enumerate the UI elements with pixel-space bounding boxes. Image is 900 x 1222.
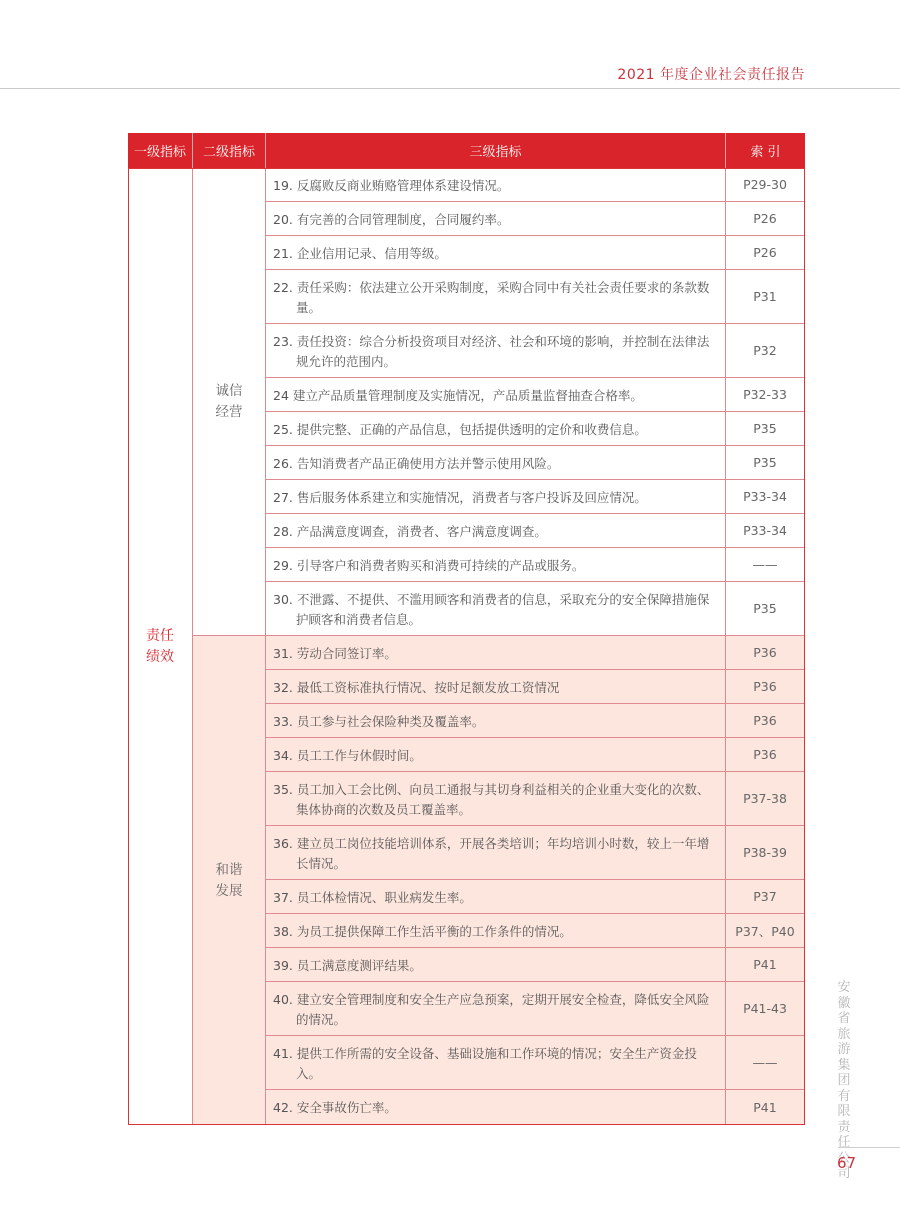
footer-divider bbox=[838, 1147, 900, 1148]
table-row-indicator: 35. 员工加入工会比例、向员工通报与其切身利益相关的企业重大变化的次数、集体协… bbox=[266, 772, 726, 826]
indicator-number: 30. bbox=[273, 592, 293, 607]
indicator-number: 22. bbox=[273, 280, 293, 295]
indicator-number: 28. bbox=[273, 524, 293, 539]
table-row-indicator: 20. 有完善的合同管理制度，合同履约率。 bbox=[266, 202, 726, 236]
indicator-text: 员工满意度测评结果。 bbox=[297, 958, 422, 973]
indicator-number: 29. bbox=[273, 558, 293, 573]
table-row-index: P37 bbox=[726, 880, 805, 914]
indicator-number: 24 bbox=[273, 388, 289, 403]
table-row-index: P41-43 bbox=[726, 982, 805, 1036]
header-divider bbox=[0, 88, 900, 89]
table-row-index: P36 bbox=[726, 636, 805, 670]
indicator-number: 40. bbox=[273, 992, 293, 1007]
table-row-indicator: 30. 不泄露、不提供、不滥用顾客和消费者的信息，采取充分的安全保障措施保护顾客… bbox=[266, 582, 726, 636]
indicator-number: 37. bbox=[273, 890, 293, 905]
table-row-indicator: 36. 建立员工岗位技能培训体系，开展各类培训；年均培训小时数，较上一年增长情况… bbox=[266, 826, 726, 880]
indicator-number: 31. bbox=[273, 646, 293, 661]
indicator-number: 36. bbox=[273, 836, 293, 851]
indicator-number: 41. bbox=[273, 1046, 293, 1061]
table-row-indicator: 21. 企业信用记录、信用等级。 bbox=[266, 236, 726, 270]
report-title: 2021 年度企业社会责任报告 bbox=[617, 64, 805, 84]
table-row-indicator: 41. 提供工作所需的安全设备、基础设施和工作环境的情况；安全生产资金投入。 bbox=[266, 1036, 726, 1090]
table-row-index: P33-34 bbox=[726, 514, 805, 548]
indicator-text: 建立产品质量管理制度及实施情况，产品质量监督抽查合格率。 bbox=[293, 388, 643, 403]
indicator-text: 员工参与社会保险种类及覆盖率。 bbox=[297, 714, 485, 729]
table-row-indicator: 28. 产品满意度调查，消费者、客户满意度调查。 bbox=[266, 514, 726, 548]
indicator-text: 为员工提供保障工作生活平衡的工作条件的情况。 bbox=[297, 924, 572, 939]
table-row-index: P31 bbox=[726, 270, 805, 324]
level2-label: 和谐发展 bbox=[214, 860, 244, 902]
level1-label: 责任绩效 bbox=[145, 626, 175, 668]
indicator-text: 安全事故伤亡率。 bbox=[297, 1100, 397, 1115]
indicator-number: 19. bbox=[273, 178, 293, 193]
table-row-indicator: 31. 劳动合同签订率。 bbox=[266, 636, 726, 670]
indicator-text: 员工体检情况、职业病发生率。 bbox=[297, 890, 472, 905]
table-row-index: P36 bbox=[726, 738, 805, 772]
indicator-text: 建立安全管理制度和安全生产应急预案，定期开展安全检查，降低安全风险的情况。 bbox=[296, 992, 709, 1027]
indicator-text: 提供完整、正确的产品信息，包括提供透明的定价和收费信息。 bbox=[297, 422, 647, 437]
indicator-number: 26. bbox=[273, 456, 293, 471]
table-row-indicator: 22. 责任采购：依法建立公开采购制度，采购合同中有关社会责任要求的条款数量。 bbox=[266, 270, 726, 324]
indicator-text: 员工工作与休假时间。 bbox=[297, 748, 422, 763]
indicator-text: 最低工资标准执行情况、按时足额发放工资情况 bbox=[297, 680, 560, 695]
level2-cell-integrity: 诚信经营 bbox=[193, 168, 266, 636]
table-row-index: P37-38 bbox=[726, 772, 805, 826]
indicator-text: 反腐败反商业贿赂管理体系建设情况。 bbox=[297, 178, 510, 193]
table-row-index: —— bbox=[726, 548, 805, 582]
table-row-indicator: 39. 员工满意度测评结果。 bbox=[266, 948, 726, 982]
indicator-text: 产品满意度调查，消费者、客户满意度调查。 bbox=[297, 524, 547, 539]
table-row-indicator: 34. 员工工作与休假时间。 bbox=[266, 738, 726, 772]
indicator-text: 有完善的合同管理制度，合同履约率。 bbox=[297, 212, 510, 227]
indicator-number: 42. bbox=[273, 1100, 293, 1115]
level1-cell: 责任绩效 bbox=[128, 168, 193, 1125]
indicator-number: 39. bbox=[273, 958, 293, 973]
table-row-index: P35 bbox=[726, 446, 805, 480]
indicator-text: 责任投资：综合分析投资项目对经济、社会和环境的影响，并控制在法律法规允许的范围内… bbox=[296, 334, 709, 369]
table-row-index: P32 bbox=[726, 324, 805, 378]
table-row-index: P35 bbox=[726, 582, 805, 636]
table-row-indicator: 25. 提供完整、正确的产品信息，包括提供透明的定价和收费信息。 bbox=[266, 412, 726, 446]
table-row-index: P37、P40 bbox=[726, 914, 805, 948]
table-row-indicator: 38. 为员工提供保障工作生活平衡的工作条件的情况。 bbox=[266, 914, 726, 948]
indicator-number: 27. bbox=[273, 490, 293, 505]
page-number: 67 bbox=[837, 1154, 856, 1172]
table-row-indicator: 40. 建立安全管理制度和安全生产应急预案，定期开展安全检查，降低安全风险的情况… bbox=[266, 982, 726, 1036]
indicator-text: 员工加入工会比例、向员工通报与其切身利益相关的企业重大变化的次数、集体协商的次数… bbox=[296, 782, 709, 817]
indicator-number: 34. bbox=[273, 748, 293, 763]
table-row-index: P26 bbox=[726, 236, 805, 270]
table-row-index: P33-34 bbox=[726, 480, 805, 514]
table-row-index: P26 bbox=[726, 202, 805, 236]
indicator-text: 劳动合同签订率。 bbox=[297, 646, 397, 661]
table-row-indicator: 29. 引导客户和消费者购买和消费可持续的产品或服务。 bbox=[266, 548, 726, 582]
indicator-number: 33. bbox=[273, 714, 293, 729]
table-row-index: P41 bbox=[726, 1090, 805, 1125]
column-header-level1: 一级指标 bbox=[128, 133, 193, 168]
table-row-indicator: 19. 反腐败反商业贿赂管理体系建设情况。 bbox=[266, 168, 726, 202]
column-header-index: 索 引 bbox=[726, 133, 805, 168]
indicator-number: 20. bbox=[273, 212, 293, 227]
indicator-text: 责任采购：依法建立公开采购制度，采购合同中有关社会责任要求的条款数量。 bbox=[296, 280, 709, 315]
table-row-indicator: 37. 员工体检情况、职业病发生率。 bbox=[266, 880, 726, 914]
table-row-index: P38-39 bbox=[726, 826, 805, 880]
indicator-number: 25. bbox=[273, 422, 293, 437]
table-row-index: P35 bbox=[726, 412, 805, 446]
table-row-indicator: 33. 员工参与社会保险种类及覆盖率。 bbox=[266, 704, 726, 738]
column-header-level2: 二级指标 bbox=[193, 133, 266, 168]
indicator-text: 告知消费者产品正确使用方法并警示使用风险。 bbox=[297, 456, 560, 471]
table-row-index: P36 bbox=[726, 670, 805, 704]
level2-label: 诚信经营 bbox=[214, 381, 244, 423]
indicator-text: 引导客户和消费者购买和消费可持续的产品或服务。 bbox=[297, 558, 585, 573]
table-row-index: P32-33 bbox=[726, 378, 805, 412]
table-row-indicator: 27. 售后服务体系建立和实施情况，消费者与客户投诉及回应情况。 bbox=[266, 480, 726, 514]
table-row-indicator: 26. 告知消费者产品正确使用方法并警示使用风险。 bbox=[266, 446, 726, 480]
indicator-number: 38. bbox=[273, 924, 293, 939]
table-row-index: —— bbox=[726, 1036, 805, 1090]
company-name: 安徽省旅游集团有限责任公司 bbox=[836, 980, 852, 1182]
indicator-number: 35. bbox=[273, 782, 293, 797]
indicator-number: 32. bbox=[273, 680, 293, 695]
indicator-number: 21. bbox=[273, 246, 293, 261]
table-row-indicator: 24 建立产品质量管理制度及实施情况，产品质量监督抽查合格率。 bbox=[266, 378, 726, 412]
indicator-text: 提供工作所需的安全设备、基础设施和工作环境的情况；安全生产资金投入。 bbox=[296, 1046, 697, 1081]
indicator-text: 建立员工岗位技能培训体系，开展各类培训；年均培训小时数，较上一年增长情况。 bbox=[296, 836, 709, 871]
indicator-text: 不泄露、不提供、不滥用顾客和消费者的信息，采取充分的安全保障措施保护顾客和消费者… bbox=[296, 592, 709, 627]
table-row-index: P36 bbox=[726, 704, 805, 738]
indicator-text: 售后服务体系建立和实施情况，消费者与客户投诉及回应情况。 bbox=[297, 490, 647, 505]
column-header-level3: 三级指标 bbox=[266, 133, 726, 168]
table-row-indicator: 23. 责任投资：综合分析投资项目对经济、社会和环境的影响，并控制在法律法规允许… bbox=[266, 324, 726, 378]
table-row-index: P29-30 bbox=[726, 168, 805, 202]
level2-cell-harmony: 和谐发展 bbox=[193, 636, 266, 1125]
indicator-number: 23. bbox=[273, 334, 293, 349]
table-row-index: P41 bbox=[726, 948, 805, 982]
table-row-indicator: 42. 安全事故伤亡率。 bbox=[266, 1090, 726, 1125]
indicator-text: 企业信用记录、信用等级。 bbox=[297, 246, 447, 261]
table-row-indicator: 32. 最低工资标准执行情况、按时足额发放工资情况 bbox=[266, 670, 726, 704]
